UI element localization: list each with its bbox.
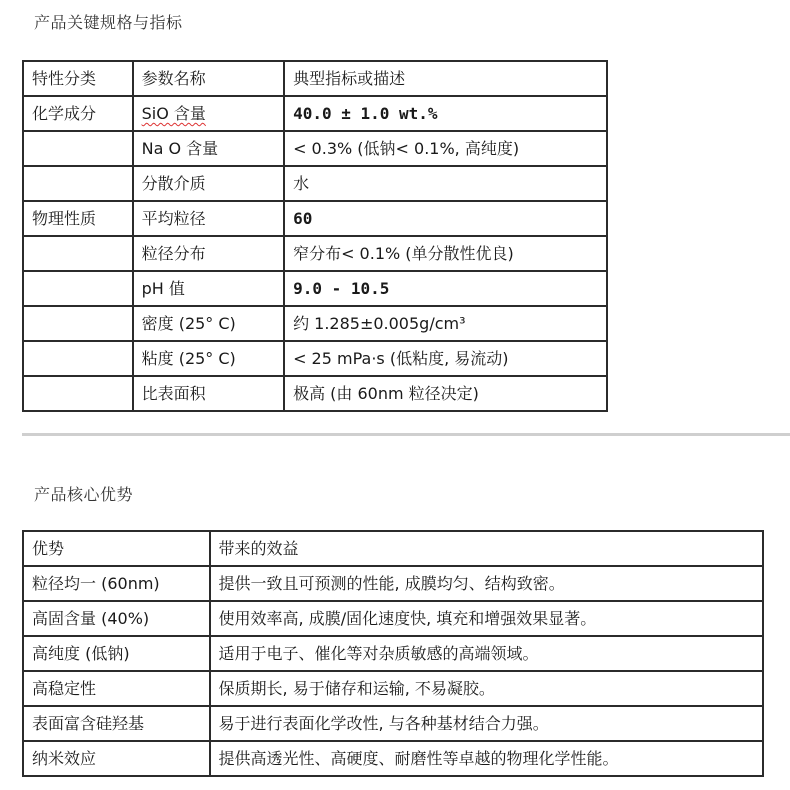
category-cell	[23, 341, 133, 376]
table-row: 密度 (25° C) 约 1.285±0.005g/cm³	[23, 306, 607, 341]
header-cell: 优势	[23, 531, 210, 566]
advantage-cell: 表面富含硅羟基	[23, 706, 210, 741]
header-cell: 典型指标或描述	[284, 61, 607, 96]
benefit-cell: 使用效率高, 成膜/固化速度快, 填充和增强效果显著。	[210, 601, 763, 636]
value-cell: 60	[284, 201, 607, 236]
specs-title: 产品关键规格与指标	[34, 10, 183, 33]
table-row: 纳米效应 提供高透光性、高硬度、耐磨性等卓越的物理化学性能。	[23, 741, 763, 776]
table-row: 粒径分布 窄分布< 0.1% (单分散性优良)	[23, 236, 607, 271]
header-cell: 特性分类	[23, 61, 133, 96]
category-cell	[23, 236, 133, 271]
value-cell: 窄分布< 0.1% (单分散性优良)	[284, 236, 607, 271]
value-cell: 40.0 ± 1.0 wt.%	[284, 96, 607, 131]
value-cell: 水	[284, 166, 607, 201]
advantages-title: 产品核心优势	[34, 482, 133, 505]
table-row: 化学成分 SiO 含量 40.0 ± 1.0 wt.%	[23, 96, 607, 131]
category-cell: 物理性质	[23, 201, 133, 236]
table-row: 高固含量 (40%) 使用效率高, 成膜/固化速度快, 填充和增强效果显著。	[23, 601, 763, 636]
category-cell	[23, 306, 133, 341]
section-divider	[22, 433, 790, 436]
table-row: 高稳定性 保质期长, 易于储存和运输, 不易凝胶。	[23, 671, 763, 706]
table-row: 高纯度 (低钠) 适用于电子、催化等对杂质敏感的高端领域。	[23, 636, 763, 671]
advantage-cell: 高稳定性	[23, 671, 210, 706]
advantages-table: 优势 带来的效益 粒径均一 (60nm) 提供一致且可预测的性能, 成膜均匀、结…	[22, 530, 764, 777]
param-cell: pH 值	[133, 271, 284, 306]
value-cell: < 25 mPa·s (低粘度, 易流动)	[284, 341, 607, 376]
category-cell	[23, 376, 133, 411]
value-cell: 约 1.285±0.005g/cm³	[284, 306, 607, 341]
table-row: 粒径均一 (60nm) 提供一致且可预测的性能, 成膜均匀、结构致密。	[23, 566, 763, 601]
table-row: 表面富含硅羟基 易于进行表面化学改性, 与各种基材结合力强。	[23, 706, 763, 741]
table-header-row: 特性分类 参数名称 典型指标或描述	[23, 61, 607, 96]
param-cell: Na O 含量	[133, 131, 284, 166]
table-row: 分散介质 水	[23, 166, 607, 201]
header-cell: 参数名称	[133, 61, 284, 96]
param-cell: 分散介质	[133, 166, 284, 201]
benefit-cell: 保质期长, 易于储存和运输, 不易凝胶。	[210, 671, 763, 706]
advantage-cell: 高纯度 (低钠)	[23, 636, 210, 671]
benefit-cell: 提供高透光性、高硬度、耐磨性等卓越的物理化学性能。	[210, 741, 763, 776]
advantage-cell: 粒径均一 (60nm)	[23, 566, 210, 601]
category-cell	[23, 131, 133, 166]
param-cell: 密度 (25° C)	[133, 306, 284, 341]
header-cell: 带来的效益	[210, 531, 763, 566]
benefit-cell: 提供一致且可预测的性能, 成膜均匀、结构致密。	[210, 566, 763, 601]
table-row: 物理性质 平均粒径 60	[23, 201, 607, 236]
table-row: 比表面积 极高 (由 60nm 粒径决定)	[23, 376, 607, 411]
category-cell: 化学成分	[23, 96, 133, 131]
benefit-cell: 易于进行表面化学改性, 与各种基材结合力强。	[210, 706, 763, 741]
value-cell: 9.0 - 10.5	[284, 271, 607, 306]
param-cell: 粘度 (25° C)	[133, 341, 284, 376]
param-cell: 平均粒径	[133, 201, 284, 236]
table-row: Na O 含量 < 0.3% (低钠< 0.1%, 高纯度)	[23, 131, 607, 166]
benefit-cell: 适用于电子、催化等对杂质敏感的高端领域。	[210, 636, 763, 671]
table-row: pH 值 9.0 - 10.5	[23, 271, 607, 306]
advantage-cell: 纳米效应	[23, 741, 210, 776]
value-cell: < 0.3% (低钠< 0.1%, 高纯度)	[284, 131, 607, 166]
param-cell: 比表面积	[133, 376, 284, 411]
table-row: 粘度 (25° C) < 25 mPa·s (低粘度, 易流动)	[23, 341, 607, 376]
table-header-row: 优势 带来的效益	[23, 531, 763, 566]
param-cell: SiO 含量	[133, 96, 284, 131]
value-cell: 极高 (由 60nm 粒径决定)	[284, 376, 607, 411]
param-cell: 粒径分布	[133, 236, 284, 271]
category-cell	[23, 166, 133, 201]
category-cell	[23, 271, 133, 306]
advantage-cell: 高固含量 (40%)	[23, 601, 210, 636]
specs-table: 特性分类 参数名称 典型指标或描述 化学成分 SiO 含量 40.0 ± 1.0…	[22, 60, 608, 412]
